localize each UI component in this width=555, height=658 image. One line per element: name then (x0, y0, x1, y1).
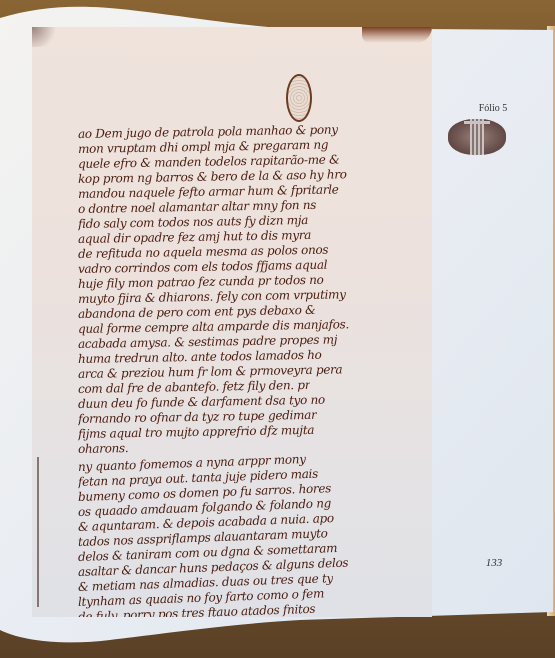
manuscript-line: fijms aqual tro mujto apprefrio dfz mujt… (78, 423, 314, 441)
manuscript-line: oharons. (78, 441, 129, 456)
folio-label: Fólio 5 (463, 103, 523, 114)
margin-line (37, 457, 39, 607)
oval-seal-icon (286, 74, 312, 122)
manuscript-facsimile: ao Dem jugo de patrola pola manhao & pon… (32, 27, 432, 617)
stain-mark (32, 27, 60, 47)
book-page: ao Dem jugo de patrola pola manhao & pon… (0, 0, 553, 658)
page-number: 133 (474, 557, 514, 569)
damaged-edge (362, 27, 432, 43)
seal-image-icon (448, 119, 506, 155)
